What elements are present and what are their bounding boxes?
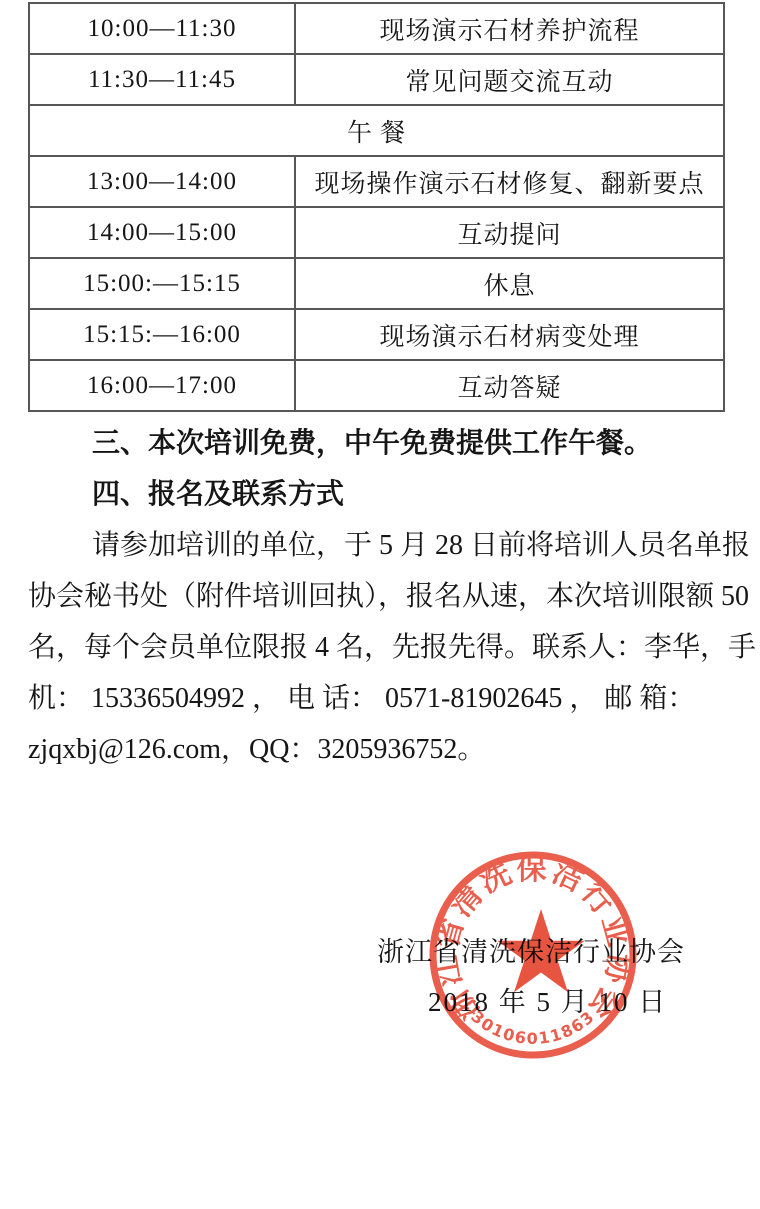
paragraph-line: 机： 15336504992 ， 电 话： 0571-81902645 ， 邮 … bbox=[28, 673, 735, 724]
table-row: 15:15:—16:00 现场演示石材病变处理 bbox=[29, 309, 724, 360]
table-row: 14:00—15:00 互动提问 bbox=[29, 207, 724, 258]
schedule-table: 10:00—11:30 现场演示石材养护流程 11:30—11:45 常见问题交… bbox=[28, 2, 725, 412]
signature-date: 2018 年 5 月 10 日 bbox=[428, 977, 667, 1028]
activity-cell: 休息 bbox=[295, 258, 724, 309]
paragraph-line: 请参加培训的单位，于 5 月 28 日前将培训人员名单报 bbox=[28, 520, 735, 571]
paragraph-line: 名，每个会员单位限报 4 名，先报先得。联系人：李华，手 bbox=[28, 622, 735, 673]
activity-cell: 现场演示石材养护流程 bbox=[295, 3, 724, 54]
section-heading-4: 四、报名及联系方式 bbox=[28, 469, 735, 520]
time-cell: 15:15:—16:00 bbox=[29, 309, 295, 360]
paragraph-line: 协会秘书处（附件培训回执），报名从速，本次培训限额 50 bbox=[28, 571, 735, 622]
activity-cell: 现场操作演示石材修复、翻新要点 bbox=[295, 156, 724, 207]
time-cell: 14:00—15:00 bbox=[29, 207, 295, 258]
document-body: 三、本次培训免费，中午免费提供工作午餐。 四、报名及联系方式 请参加培训的单位，… bbox=[28, 418, 735, 775]
time-cell: 10:00—11:30 bbox=[29, 3, 295, 54]
activity-cell: 现场演示石材病变处理 bbox=[295, 309, 724, 360]
lunch-cell: 午 餐 bbox=[29, 105, 724, 156]
document-page: 10:00—11:30 现场演示石材养护流程 11:30—11:45 常见问题交… bbox=[0, 0, 760, 1209]
table-row: 11:30—11:45 常见问题交流互动 bbox=[29, 54, 724, 105]
time-cell: 13:00—14:00 bbox=[29, 156, 295, 207]
table-row: 10:00—11:30 现场演示石材养护流程 bbox=[29, 3, 724, 54]
time-cell: 16:00—17:00 bbox=[29, 360, 295, 411]
time-cell: 15:00:—15:15 bbox=[29, 258, 295, 309]
lunch-row: 午 餐 bbox=[29, 105, 724, 156]
table-row: 13:00—14:00 现场操作演示石材修复、翻新要点 bbox=[29, 156, 724, 207]
table-row: 16:00—17:00 互动答疑 bbox=[29, 360, 724, 411]
activity-cell: 常见问题交流互动 bbox=[295, 54, 724, 105]
section-heading-3: 三、本次培训免费，中午免费提供工作午餐。 bbox=[28, 418, 735, 469]
signature-organization: 浙江省清洗保洁行业协会 bbox=[377, 927, 685, 978]
table-row: 15:00:—15:15 休息 bbox=[29, 258, 724, 309]
time-cell: 11:30—11:45 bbox=[29, 54, 295, 105]
paragraph-line: zjqxbj@126.com，QQ：3205936752。 bbox=[28, 724, 735, 775]
activity-cell: 互动提问 bbox=[295, 207, 724, 258]
activity-cell: 互动答疑 bbox=[295, 360, 724, 411]
